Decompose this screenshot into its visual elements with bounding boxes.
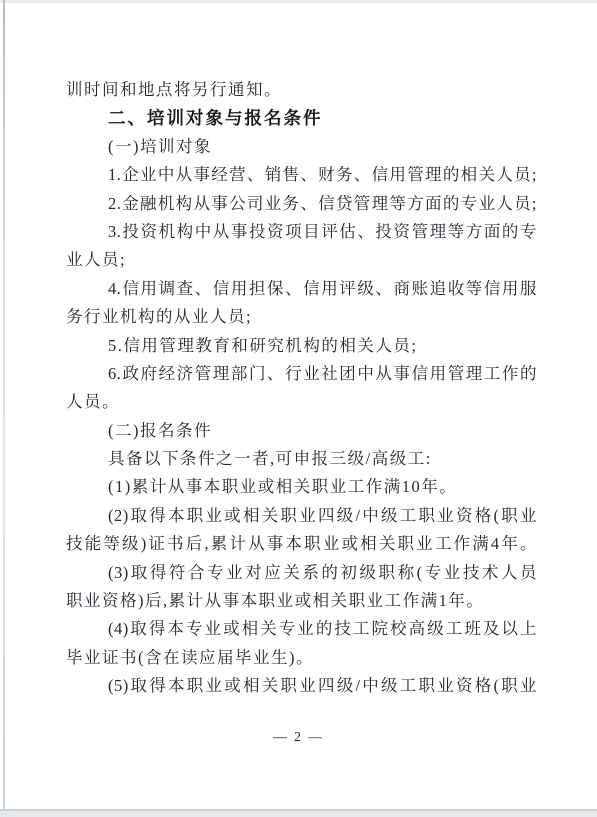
document-page: 训时间和地点将另行通知。二、培训对象与报名条件(一)培训对象1.企业中从事经营、… bbox=[0, 0, 597, 817]
text-line: 务行业机构的从业人员; bbox=[66, 303, 537, 331]
text-line: 业人员; bbox=[66, 246, 537, 274]
section-heading: 二、培训对象与报名条件 bbox=[66, 104, 537, 132]
text-line: (4)取得本专业或相关专业的技工院校高级工班及以上 bbox=[66, 615, 537, 643]
text-line: 5.信用管理教育和研究机构的相关人员; bbox=[66, 332, 537, 360]
document-body: 训时间和地点将另行通知。二、培训对象与报名条件(一)培训对象1.企业中从事经营、… bbox=[66, 76, 537, 701]
scan-edge-top bbox=[0, 0, 597, 3]
text-line: 人员。 bbox=[66, 388, 537, 416]
text-line: 训时间和地点将另行通知。 bbox=[66, 76, 537, 104]
text-line: 3.投资机构中从事投资项目评估、投资管理等方面的专 bbox=[66, 218, 537, 246]
text-line: 具备以下条件之一者,可申报三级/高级工: bbox=[66, 445, 537, 473]
text-line: 毕业证书(含在读应届毕业生)。 bbox=[66, 644, 537, 672]
text-line: (5)取得本职业或相关职业四级/中级工职业资格(职业 bbox=[66, 672, 537, 700]
text-line: 4.信用调查、信用担保、信用评级、商账追收等信用服 bbox=[66, 275, 537, 303]
scan-edge-bottom bbox=[0, 809, 597, 817]
text-line: 技能等级)证书后,累计从事本职业或相关职业工作满4年。 bbox=[66, 530, 537, 558]
text-line: (1)累计从事本职业或相关职业工作满10年。 bbox=[66, 473, 537, 501]
text-line: (3)取得符合专业对应关系的初级职称(专业技术人员 bbox=[66, 559, 537, 587]
page-number: — 2 — bbox=[0, 729, 597, 745]
text-line: (二)报名条件 bbox=[66, 417, 537, 445]
text-line: 2.金融机构从事公司业务、信贷管理等方面的专业人员; bbox=[66, 190, 537, 218]
scan-edge-left bbox=[3, 0, 5, 810]
text-line: (一)培训对象 bbox=[66, 133, 537, 161]
text-line: 1.企业中从事经营、销售、财务、信用管理的相关人员; bbox=[66, 161, 537, 189]
text-line: 职业资格)后,累计从事本职业或相关职业工作满1年。 bbox=[66, 587, 537, 615]
text-line: 6.政府经济管理部门、行业社团中从事信用管理工作的 bbox=[66, 360, 537, 388]
text-line: (2)取得本职业或相关职业四级/中级工职业资格(职业 bbox=[66, 502, 537, 530]
